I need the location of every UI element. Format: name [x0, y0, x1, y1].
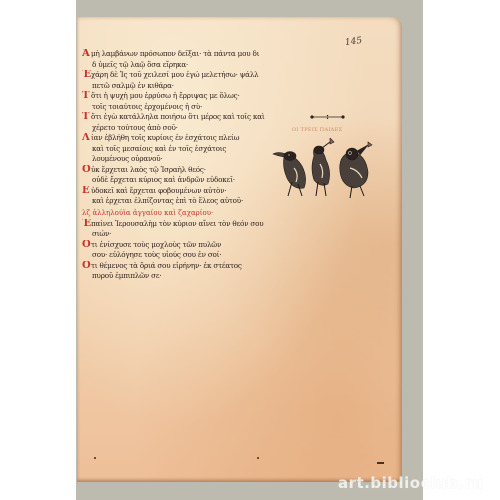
- text-line: Οτι ἐνίσχυσε τοὺς μοχλοὺς τῶν πυλῶν: [82, 240, 272, 251]
- rubricated-initial: Ο: [82, 261, 91, 272]
- rubricated-initial: Ἐ: [82, 219, 91, 230]
- rubric-title: λζ ἀλληλούϊα ἀγγαίου καὶ ζαχαρίου·: [82, 207, 272, 219]
- rubricated-initial: Ε: [82, 186, 91, 197]
- line-text: τοῖς τοιαύτοις ἐρχομένοις ἡ σὺ·: [92, 102, 202, 111]
- rubricated-initial: Ἐ: [82, 70, 91, 81]
- text-line: σιών·: [82, 229, 272, 240]
- line-text: πετῶ σαλμῷ ἐν κιθάρα·: [92, 81, 174, 90]
- text-line: δ ὑμεῖς τῷ λαῷ ὅσα εἴρηκα·: [82, 60, 272, 71]
- text-line: Οτι θέμενος τὰ ὅριά σου εἰρήνην· ἐκ στέα…: [82, 261, 272, 272]
- line-text: χάρη δὲ Ἰς τοῦ χειλεσί μου ἐγώ μελετήσω·…: [91, 70, 259, 79]
- line-text: παίνει Ἱερουσαλὴμ τὸν κύριον αἴνει τὸν θ…: [91, 219, 263, 228]
- ornament-divider-icon: [310, 115, 345, 119]
- manuscript-text-block: Ἀμὴ λαμβάνων πρόσωπον δεῖξαι· τὰ πάντα μ…: [82, 49, 272, 282]
- rubricated-initial: Ο: [82, 240, 91, 251]
- text-line: Τὅτι ἡ ψυχὴ μου ἐρρύσω ἡ ἔρριψας με ὅλως…: [82, 91, 272, 102]
- line-text: χέρετο τούτους ἀπὸ σοῦ·: [92, 123, 178, 132]
- line-text: τι ἐνίσχυσε τοὺς μοχλοὺς τῶν πυλῶν: [91, 240, 221, 249]
- text-line: Ἐχάρη δὲ Ἰς τοῦ χειλεσί μου ἐγώ μελετήσω…: [82, 70, 272, 81]
- text-line: Λίαν ἐβλήθη τοῖς κυρίοις ἐν ἐσχάτοις πλε…: [82, 133, 272, 144]
- rubricated-initial: Ἀ: [82, 49, 91, 60]
- line-text: σιών·: [92, 229, 111, 238]
- text-line: καὶ ἐρχεται ἐλπίζοντας ἐπὶ τὸ ἔλεος αὐτο…: [82, 196, 272, 207]
- text-line: χέρετο τούτους ἀπὸ σοῦ·: [82, 123, 272, 134]
- line-text: καὶ ἐρχεται ἐλπίζοντας ἐπὶ τὸ ἔλεος αὐτο…: [92, 196, 243, 205]
- text-line: Εὐδοκεῖ καὶ ἔρχεται φοβουμένων αὐτὸν·: [82, 186, 272, 197]
- line-text: τι θέμενος τὰ ὅριά σου εἰρήνην· ἐκ στέατ…: [91, 261, 242, 270]
- line-text: ὅτι ἐγὼ κατάλληλα ποιήσω ὅτι μέρος καὶ τ…: [91, 112, 265, 121]
- text-line: σου· εὐλόγησε τοὺς υἱούς σου ἐν σοί·: [82, 250, 272, 261]
- line-text: ίαν ἐβλήθη τοῖς κυρίοις ἐν ἐσχάτοις πλεί…: [91, 133, 239, 142]
- line-text: δ ὑμεῖς τῷ λαῷ ὅσα εἴρηκα·: [92, 60, 188, 69]
- text-line: λουμένους οὐρανοῦ·: [82, 154, 272, 165]
- line-text: μὴ λαμβάνων πρόσωπον δεῖξαι· τὰ πάντα μο…: [91, 49, 259, 58]
- line-text: σου· εὐλόγησε τοὺς υἱούς σου ἐν σοί·: [92, 250, 221, 259]
- three-birds-illustration-icon: [272, 138, 374, 200]
- text-line: οὐδὲ ἔρχεται κύριος καὶ ἀνδρῶν εὐδοκεῖ·: [82, 175, 272, 186]
- line-text: καὶ τοῖς μεσαίοις καὶ ἐν τοῖς ἐσχάτοις: [92, 144, 226, 153]
- rubricated-initial: Τ: [82, 91, 91, 102]
- text-line: Οὐκ ἔρχεται λαὸς τῷ Ἰσραὴλ θεός·: [82, 165, 272, 176]
- stain: [257, 457, 259, 459]
- line-text: λουμένους οὐρανοῦ·: [92, 154, 163, 163]
- line-text: ὐκ ἔρχεται λαὸς τῷ Ἰσραὴλ θεός·: [91, 165, 206, 174]
- stain: [94, 457, 96, 459]
- text-line: τοῖς τοιαύτοις ἐρχομένοις ἡ σὺ·: [82, 102, 272, 113]
- illustration-caption: ΟΙ ΤΡΕΙΣ ΠΑΙΔΕΣ: [292, 127, 342, 133]
- line-text: ὐδοκεῖ καὶ ἔρχεται φοβουμένων αὐτὸν·: [91, 186, 226, 195]
- line-text: πυροῦ ἐμπιπλῶν σε·: [92, 271, 161, 280]
- watermark: art.biblioclub.ru: [338, 474, 483, 492]
- text-line: Ἐπαίνει Ἱερουσαλὴμ τὸν κύριον αἴνει τὸν …: [82, 219, 272, 230]
- text-line: καὶ τοῖς μεσαίοις καὶ ἐν τοῖς ἐσχάτοις: [82, 144, 272, 155]
- text-line: πετῶ σαλμῷ ἐν κιθάρα·: [82, 81, 272, 92]
- line-text: ὅτι ἡ ψυχὴ μου ἐρρύσω ἡ ἔρριψας με ὅλως·: [91, 91, 240, 100]
- text-line: Τὅτι ἐγὼ κατάλληλα ποιήσω ὅτι μέρος καὶ …: [82, 112, 272, 123]
- margin-mark: [377, 462, 384, 464]
- rubricated-initial: Λ: [82, 133, 91, 144]
- rubricated-initial: Ο: [82, 165, 91, 176]
- text-line: πυροῦ ἐμπιπλῶν σε·: [82, 271, 272, 282]
- text-line: Ἀμὴ λαμβάνων πρόσωπον δεῖξαι· τὰ πάντα μ…: [82, 49, 272, 60]
- rubricated-initial: Τ: [82, 112, 91, 123]
- line-text: οὐδὲ ἔρχεται κύριος καὶ ἀνδρῶν εὐδοκεῖ·: [92, 175, 235, 184]
